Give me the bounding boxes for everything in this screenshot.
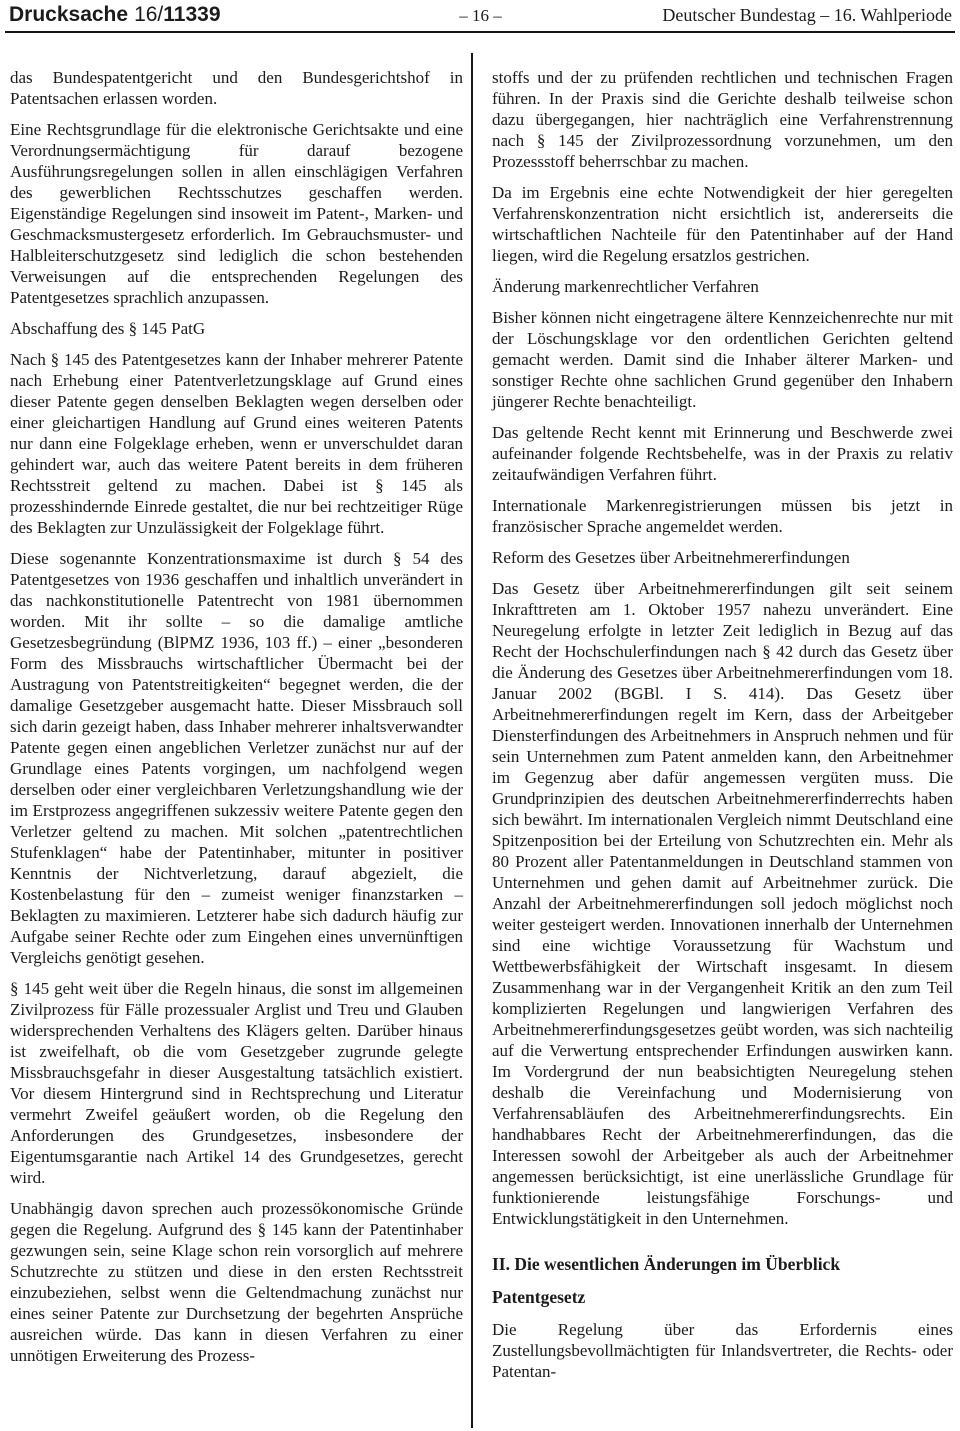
left-column: das Bundespatentgericht und den Bundesge… (10, 53, 463, 1428)
subheading-reform-arbeitnehmererfindungen: Reform des Gesetzes über Arbeitnehmererf… (492, 547, 953, 568)
document-page: Drucksache16/11339 – 16 – Deutscher Bund… (0, 0, 960, 1431)
parliament-session-label: Deutscher Bundestag – 16. Wahlperiode (502, 5, 952, 26)
paragraph-rechtsgrundlage-gerichtsakte: Eine Rechtsgrundlage für die elektronisc… (10, 119, 463, 308)
paragraph-zustellungsbevollmaechtigter: Die Regelung über das Erfordernis eines … (492, 1319, 953, 1382)
heading-patentgesetz: Patentgesetz (492, 1286, 953, 1308)
subheading-abschaffung-145-patg: Abschaffung des § 145 PatG (10, 318, 463, 339)
doc-number-value: 11339 (163, 3, 220, 26)
page-header: Drucksache16/11339 – 16 – Deutscher Bund… (0, 0, 960, 27)
doc-number: Drucksache16/11339 (9, 3, 459, 27)
paragraph-prozessstoff: stoffs und der zu prüfenden rechtlichen … (492, 67, 953, 172)
section-heading-ii-ueberblick: II. Die wesentlichen Änderungen im Überb… (492, 1253, 953, 1275)
paragraph-ergebnis-streichung: Da im Ergebnis eine echte Notwendigkeit … (492, 182, 953, 266)
paragraph-arbeitnehmererfindungen: Das Gesetz über Arbeitnehmererfindungen … (492, 578, 953, 1229)
paragraph-internationale-markenregistrierungen: Internationale Markenregistrierungen müs… (492, 495, 953, 537)
paragraph-nach-145-patentgesetz: Nach § 145 des Patentgesetzes kann der I… (10, 349, 463, 538)
paragraph-konzentrationsmaxime: Diese sogenannte Konzentrationsmaxime is… (10, 548, 463, 968)
paragraph-erinnerung-beschwerde: Das geltende Recht kennt mit Erinnerung … (492, 422, 953, 485)
doc-number-prefix: 16/ (134, 3, 163, 26)
two-column-body: das Bundespatentgericht und den Bundesge… (0, 33, 960, 1428)
subheading-aenderung-markenrecht: Änderung markenrechtlicher Verfahren (492, 276, 953, 297)
paragraph-prozessoekonomische-gruende: Unabhängig davon sprechen auch prozessök… (10, 1198, 463, 1366)
page-number: – 16 – (459, 6, 502, 26)
paragraph-kennzeichenrechte: Bisher können nicht eingetragene ältere … (492, 307, 953, 412)
doc-number-label: Drucksache (9, 3, 128, 26)
paragraph-bundespatentgericht: das Bundespatentgericht und den Bundesge… (10, 67, 463, 109)
right-column: stoffs und der zu prüfenden rechtlichen … (473, 53, 953, 1428)
paragraph-145-regeln-hinaus: § 145 geht weit über die Regeln hinaus, … (10, 978, 463, 1188)
